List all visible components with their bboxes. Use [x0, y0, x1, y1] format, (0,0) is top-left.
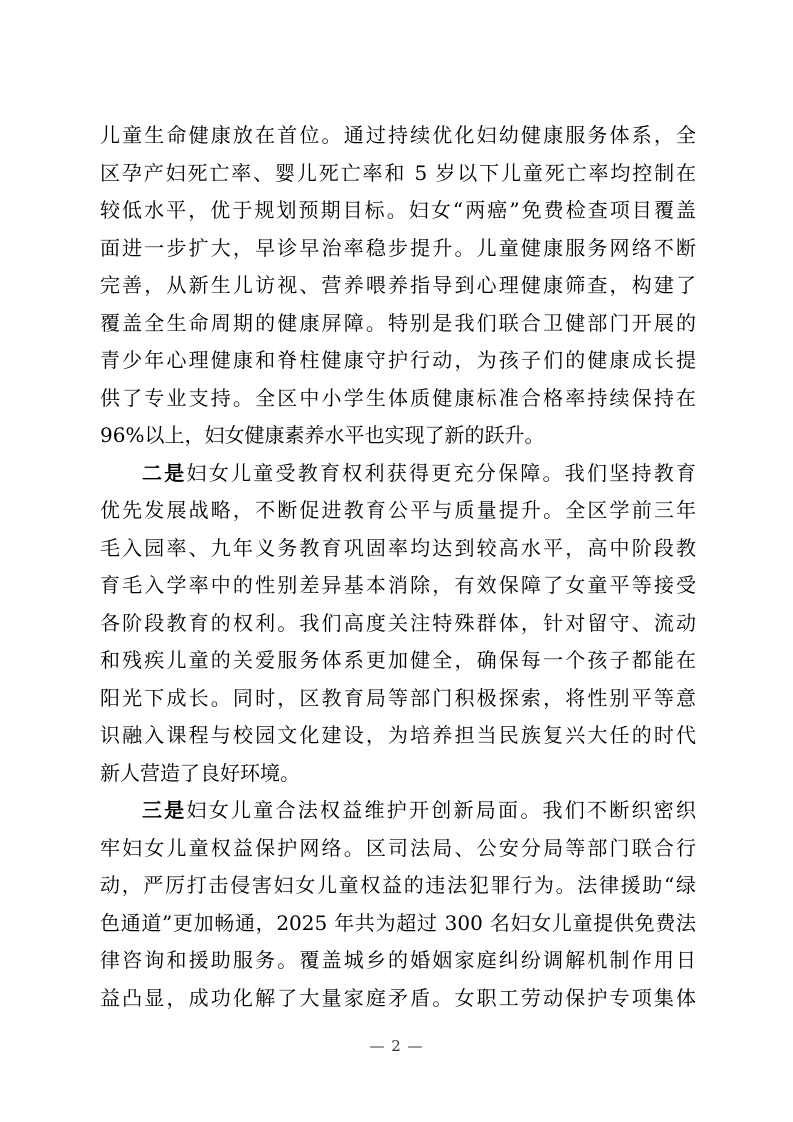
text-line: 96%以上，妇女健康素养水平也实现了新的跃升。 [100, 417, 696, 455]
text-line: 覆盖全生命周期的健康屏障。特别是我们联合卫健部门开展的 [100, 305, 696, 343]
text-line: 和残疾儿童的关爱服务体系更加健全，确保每一个孩子都能在 [100, 642, 696, 680]
text-line: 益凸显，成功化解了大量家庭矛盾。女职工劳动保护专项集体 [100, 980, 696, 1018]
text-line: 二是妇女儿童受教育权利获得更充分保障。我们坚持教育 [100, 455, 696, 493]
text-line: 各阶段教育的权利。我们高度关注特殊群体，针对留守、流动 [100, 605, 696, 643]
text-line: 优先发展战略，不断促进教育公平与质量提升。全区学前三年 [100, 492, 696, 530]
text-line: 动，严厉打击侵害妇女儿童权益的违法犯罪行为。法律援助“绿 [100, 867, 696, 905]
text-line: 区孕产妇死亡率、婴儿死亡率和 5 岁以下儿童死亡率均控制在 [100, 155, 696, 193]
page-number: — 2 — [369, 1037, 423, 1055]
text-line: 牢妇女儿童权益保护网络。区司法局、公安分局等部门联合行 [100, 830, 696, 868]
text-line: 青少年心理健康和脊柱健康守护行动，为孩子们的健康成长提 [100, 342, 696, 380]
text-line: 供了专业支持。全区中小学生体质健康标准合格率持续保持在 [100, 380, 696, 418]
text-line: 三是妇女儿童合法权益维护开创新局面。我们不断织密织 [100, 792, 696, 830]
text-line: 毛入园率、九年义务教育巩固率均达到较高水平，高中阶段教 [100, 530, 696, 568]
paragraph-lead-bold: 三是 [142, 798, 187, 822]
text-line: 面进一步扩大，早诊早治率稳步提升。儿童健康服务网络不断 [100, 230, 696, 268]
text-line: 识融入课程与校园文化建设，为培养担当民族复兴大任的时代 [100, 717, 696, 755]
text-line: 完善，从新生儿访视、营养喂养指导到心理健康筛查，构建了 [100, 267, 696, 305]
paragraph-lead-bold: 二是 [142, 461, 187, 485]
text-line: 色通道”更加畅通，2025 年共为超过 300 名妇女儿童提供免费法 [100, 905, 696, 943]
text-line: 律咨询和援助服务。覆盖城乡的婚姻家庭纠纷调解机制作用日 [100, 942, 696, 980]
page-footer: — 2 — [0, 1036, 793, 1056]
document-body: 儿童生命健康放在首位。通过持续优化妇幼健康服务体系，全区孕产妇死亡率、婴儿死亡率… [100, 117, 696, 1017]
document-page: 儿童生命健康放在首位。通过持续优化妇幼健康服务体系，全区孕产妇死亡率、婴儿死亡率… [0, 0, 793, 1122]
text-line: 较低水平，优于规划预期目标。妇女“两癌”免费检查项目覆盖 [100, 192, 696, 230]
text-line: 阳光下成长。同时，区教育局等部门积极探索，将性别平等意 [100, 680, 696, 718]
text-line: 儿童生命健康放在首位。通过持续优化妇幼健康服务体系，全 [100, 117, 696, 155]
text-line: 新人营造了良好环境。 [100, 755, 696, 793]
text-line: 育毛入学率中的性别差异基本消除，有效保障了女童平等接受 [100, 567, 696, 605]
